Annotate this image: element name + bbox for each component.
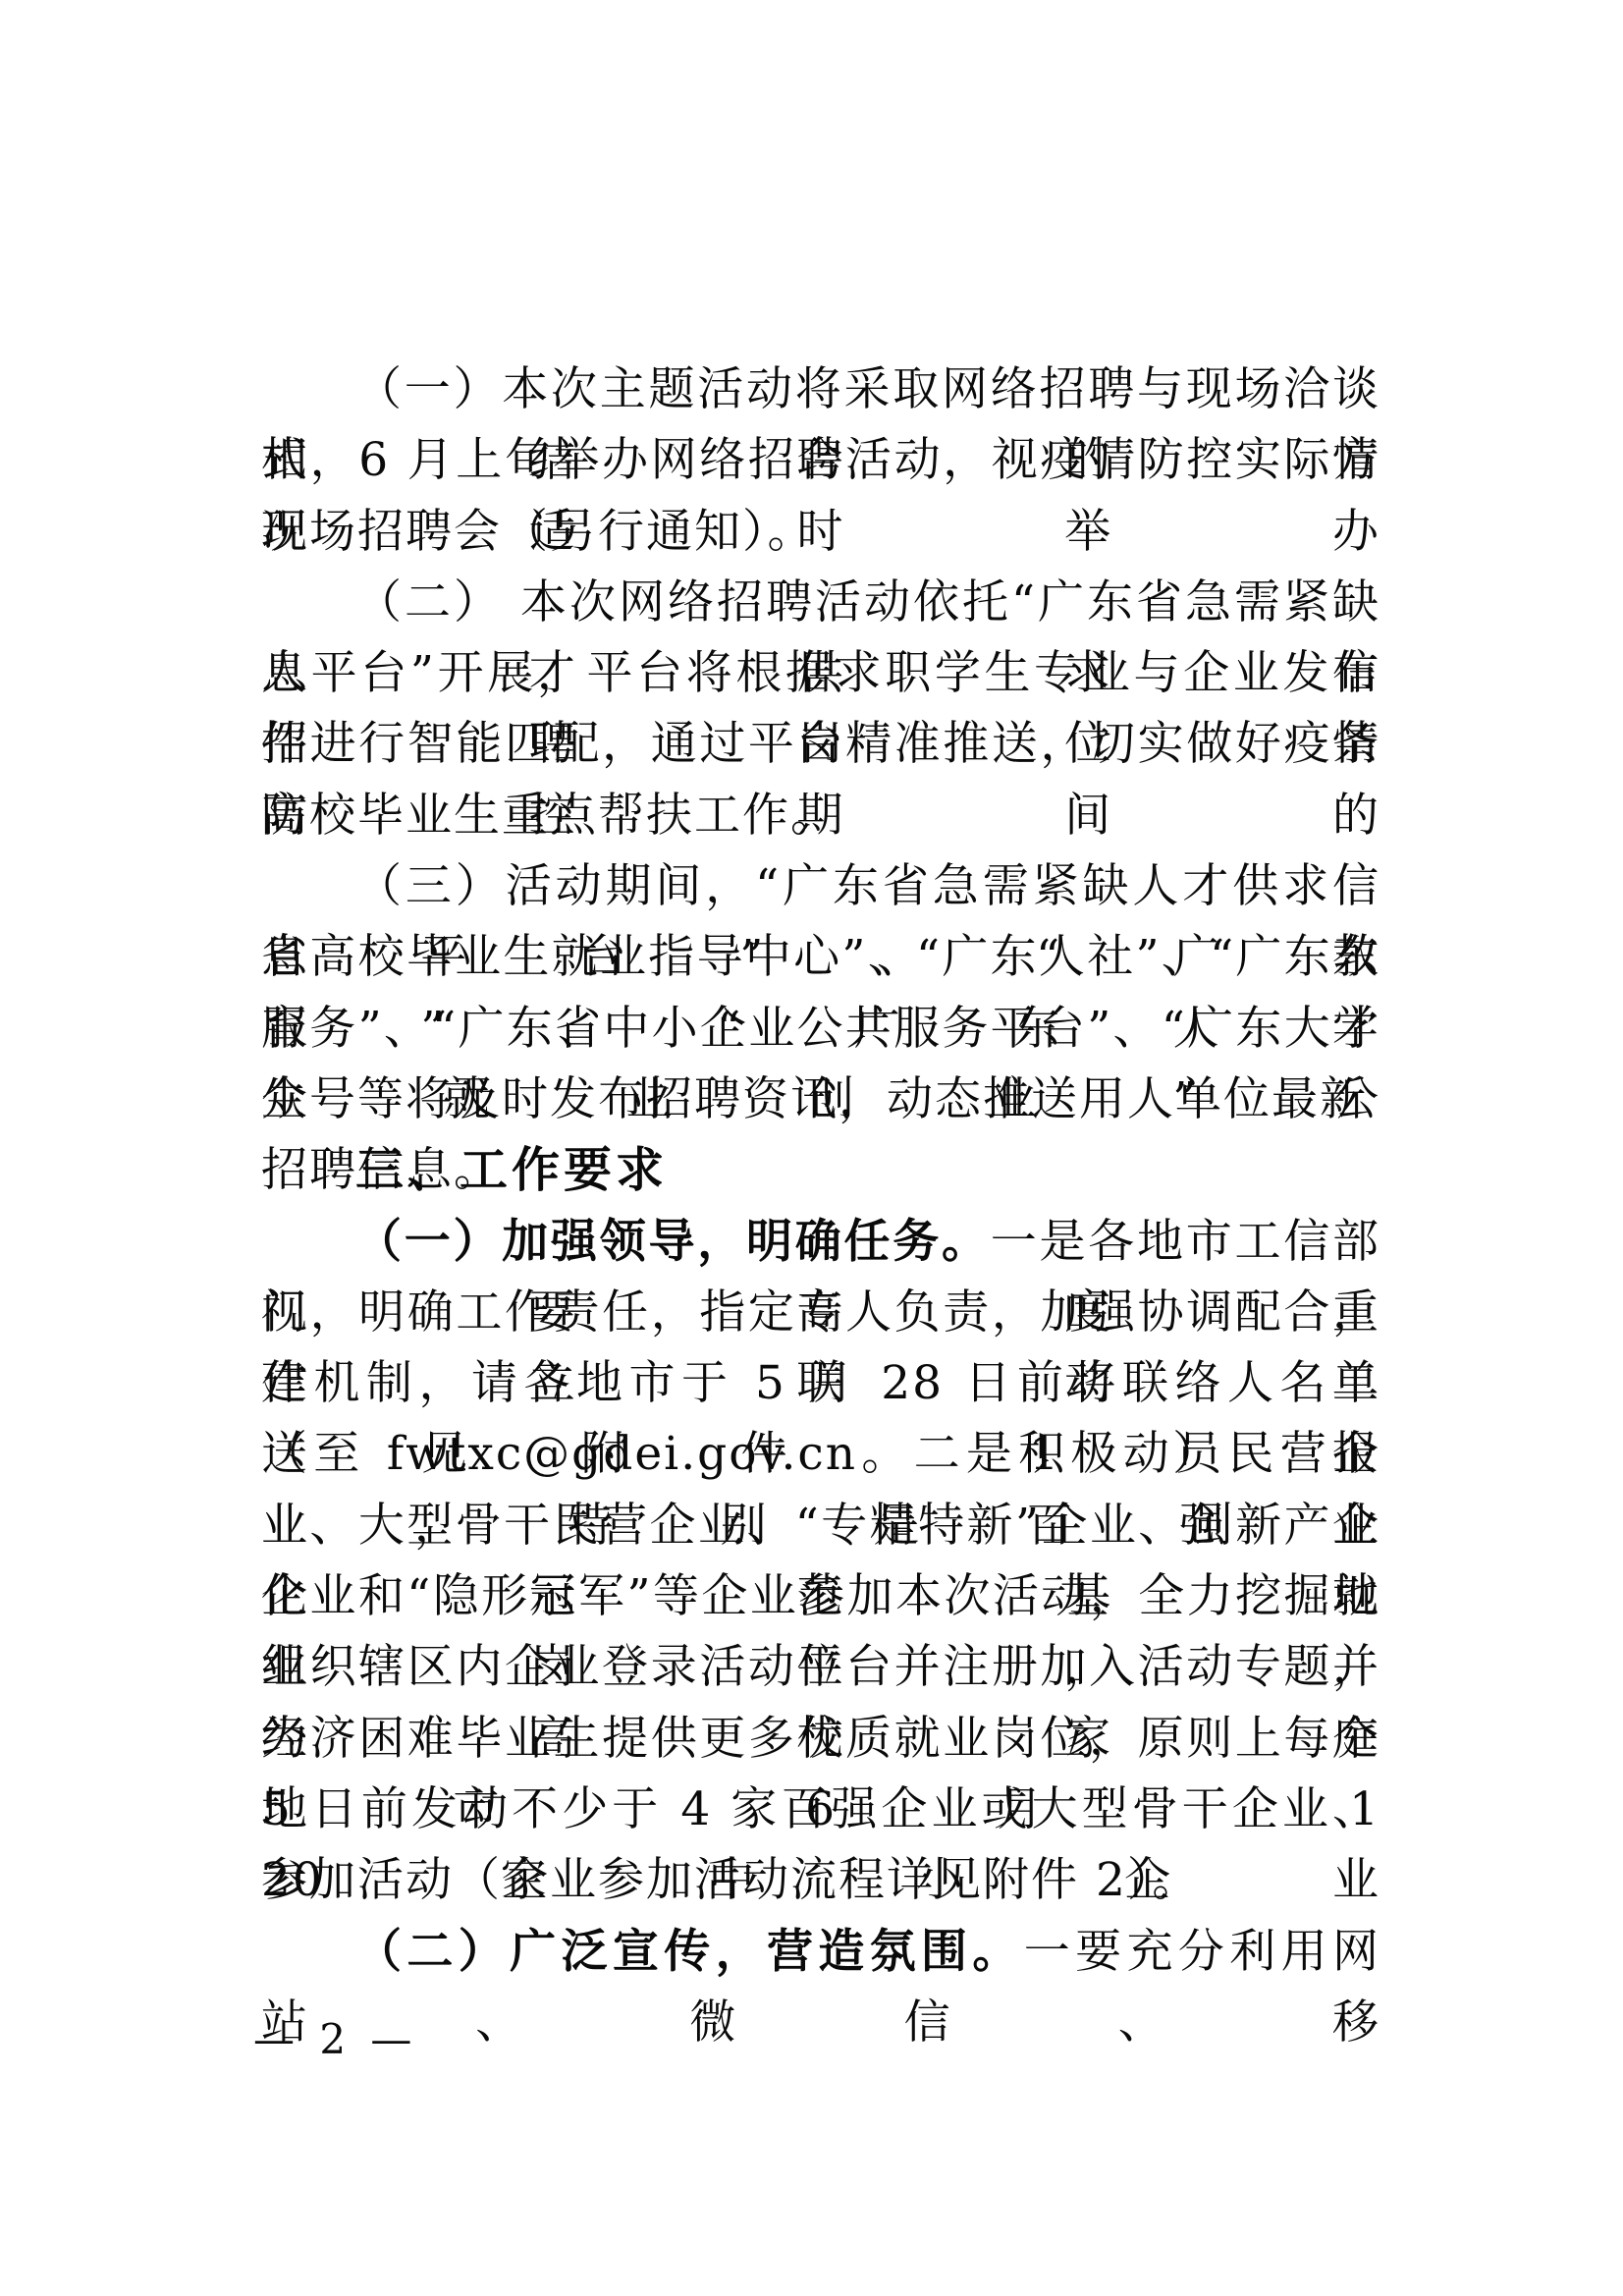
document-body: （一）本次主题活动将采取网络招聘与现场洽谈相结合的方 式，6 月上旬举办网络招聘… [261, 355, 1380, 1988]
text-line: 作机制，请各地市于 5 月 28 日前将联络人名单（见附件 1）报 [261, 1348, 1380, 1419]
text-line: （一）加强领导，明确任务。一是各地市工信部门要高度重 [261, 1207, 1380, 1278]
text-line: 式，6 月上旬举办网络招聘活动，视疫情防控实际情况适时举办 [261, 425, 1380, 496]
text-line: 件进行智能匹配，通过平台精准推送，切实做好疫情防控期间的 [261, 709, 1380, 780]
text-line: 组织辖区内企业登录活动平台并注册加入活动专题，为高校家庭 [261, 1632, 1380, 1703]
text-line: 视，明确工作责任，指定专人负责，加强协调配合，建立联动工 [261, 1278, 1380, 1348]
text-line: （三）活动期间，“广东省急需紧缺人才供求信息平台”、“广东 [261, 851, 1380, 922]
text-line: 经济困难毕业生提供更多优质就业岗位，原则上每个地市 6 月 1 [261, 1704, 1380, 1775]
text-line: 5 日前发动不少于 4 家百强企业或大型骨干企业、20 家中小企业 [261, 1775, 1380, 1845]
text-line: 服务”、“广东省中小企业公共服务平台”、“广东大学生就业创业”公 [261, 994, 1380, 1065]
text-line: 省高校毕业生就业指导中心”、“广东人社”、“广东教育”、“广东人才 [261, 922, 1380, 993]
text-line: 息平台”开展，平台将根据求职学生专业与企业发布招聘岗位条 [261, 638, 1380, 709]
text-line: 送至 fwtxc@gdei.gov.cn。二是积极动员民营企业，特别是百强企 [261, 1419, 1380, 1490]
document-page: （一）本次主题活动将采取网络招聘与现场洽谈相结合的方 式，6 月上旬举办网络招聘… [0, 0, 1623, 2296]
page-number: — 2 — [253, 2019, 417, 2060]
subsection-lead: （二）广泛宣传，营造氛围。 [355, 1925, 1024, 1979]
text-line: （二）广泛宣传，营造氛围。一要充分利用网站、微信、移 [261, 1917, 1380, 1988]
text-line: 业、大型骨干民营企业、“专精特新”企业、创新产业化示范基地 [261, 1491, 1380, 1561]
section-heading: 三、工作要求 [261, 1135, 1380, 1206]
text-line: 企业和“隐形冠军”等企业参加本次活动，全力挖掘就业岗位，并 [261, 1561, 1380, 1632]
text-line: （一）本次主题活动将采取网络招聘与现场洽谈相结合的方 [261, 355, 1380, 425]
subsection-lead: （一）加强领导，明确任务。 [355, 1215, 991, 1269]
text-line: 众号等将及时发布招聘资讯，动态推送用人单位最新招聘信息。 [261, 1065, 1380, 1135]
text-line: （二） 本次网络招聘活动依托“广东省急需紧缺人才供求信 [261, 568, 1380, 638]
